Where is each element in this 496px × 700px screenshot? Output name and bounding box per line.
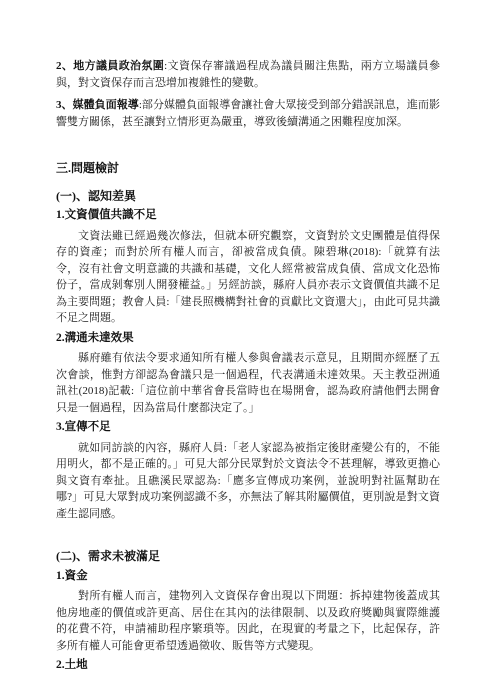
- paragraph-funding: 對所有權人而言，建物列入文資保存會出現以下問題：拆掉建物後蓋成其他房地產的價值或…: [56, 588, 440, 654]
- list-item-label: 3、媒體負面報導: [56, 99, 139, 111]
- document-page: 2、地方議員政治氛圍:文資保存審議過程成為議員關注焦點，兩方立場議員參與，對文資…: [0, 0, 496, 700]
- list-item-negative-media: 3、媒體負面報導:部分媒體負面報導會讓社會大眾接受到部分錯誤訊息，進而影響雙方關…: [56, 97, 440, 130]
- heading-need-land: 2.土地: [56, 657, 440, 674]
- heading-need-funding: 1.資金: [56, 568, 440, 585]
- heading-sub-unmet-needs: (二)、需求未被滿足: [56, 548, 440, 565]
- heading-section-problem-review: 三.問題檢討: [56, 160, 440, 177]
- paragraph-communication: 縣府雖有依法令要求通知所有權人參與會議表示意見，且期間亦經歷了五次會談，惟對方卻…: [56, 350, 440, 416]
- heading-sub-cognitive-difference: (一)、認知差異: [56, 188, 440, 205]
- heading-issue-value-consensus: 1.文資價值共識不足: [56, 207, 440, 224]
- paragraph-publicity: 就如同訪談的內容，縣府人員:「老人家認為被指定後財產變公有的，不能用明火，都不是…: [56, 440, 440, 523]
- paragraph-value-consensus: 文資法雖已經過幾次修法，但就本研究觀察，文資對於文史團體是值得保存的資產；而對於…: [56, 228, 440, 327]
- heading-issue-publicity: 3.宣傳不足: [56, 419, 440, 436]
- list-item-label: 2、地方議員政治氛圍: [56, 60, 164, 72]
- heading-issue-communication: 2.溝通未達效果: [56, 330, 440, 347]
- list-item-councilor-politics: 2、地方議員政治氛圍:文資保存審議過程成為議員關注焦點，兩方立場議員參與，對文資…: [56, 58, 440, 91]
